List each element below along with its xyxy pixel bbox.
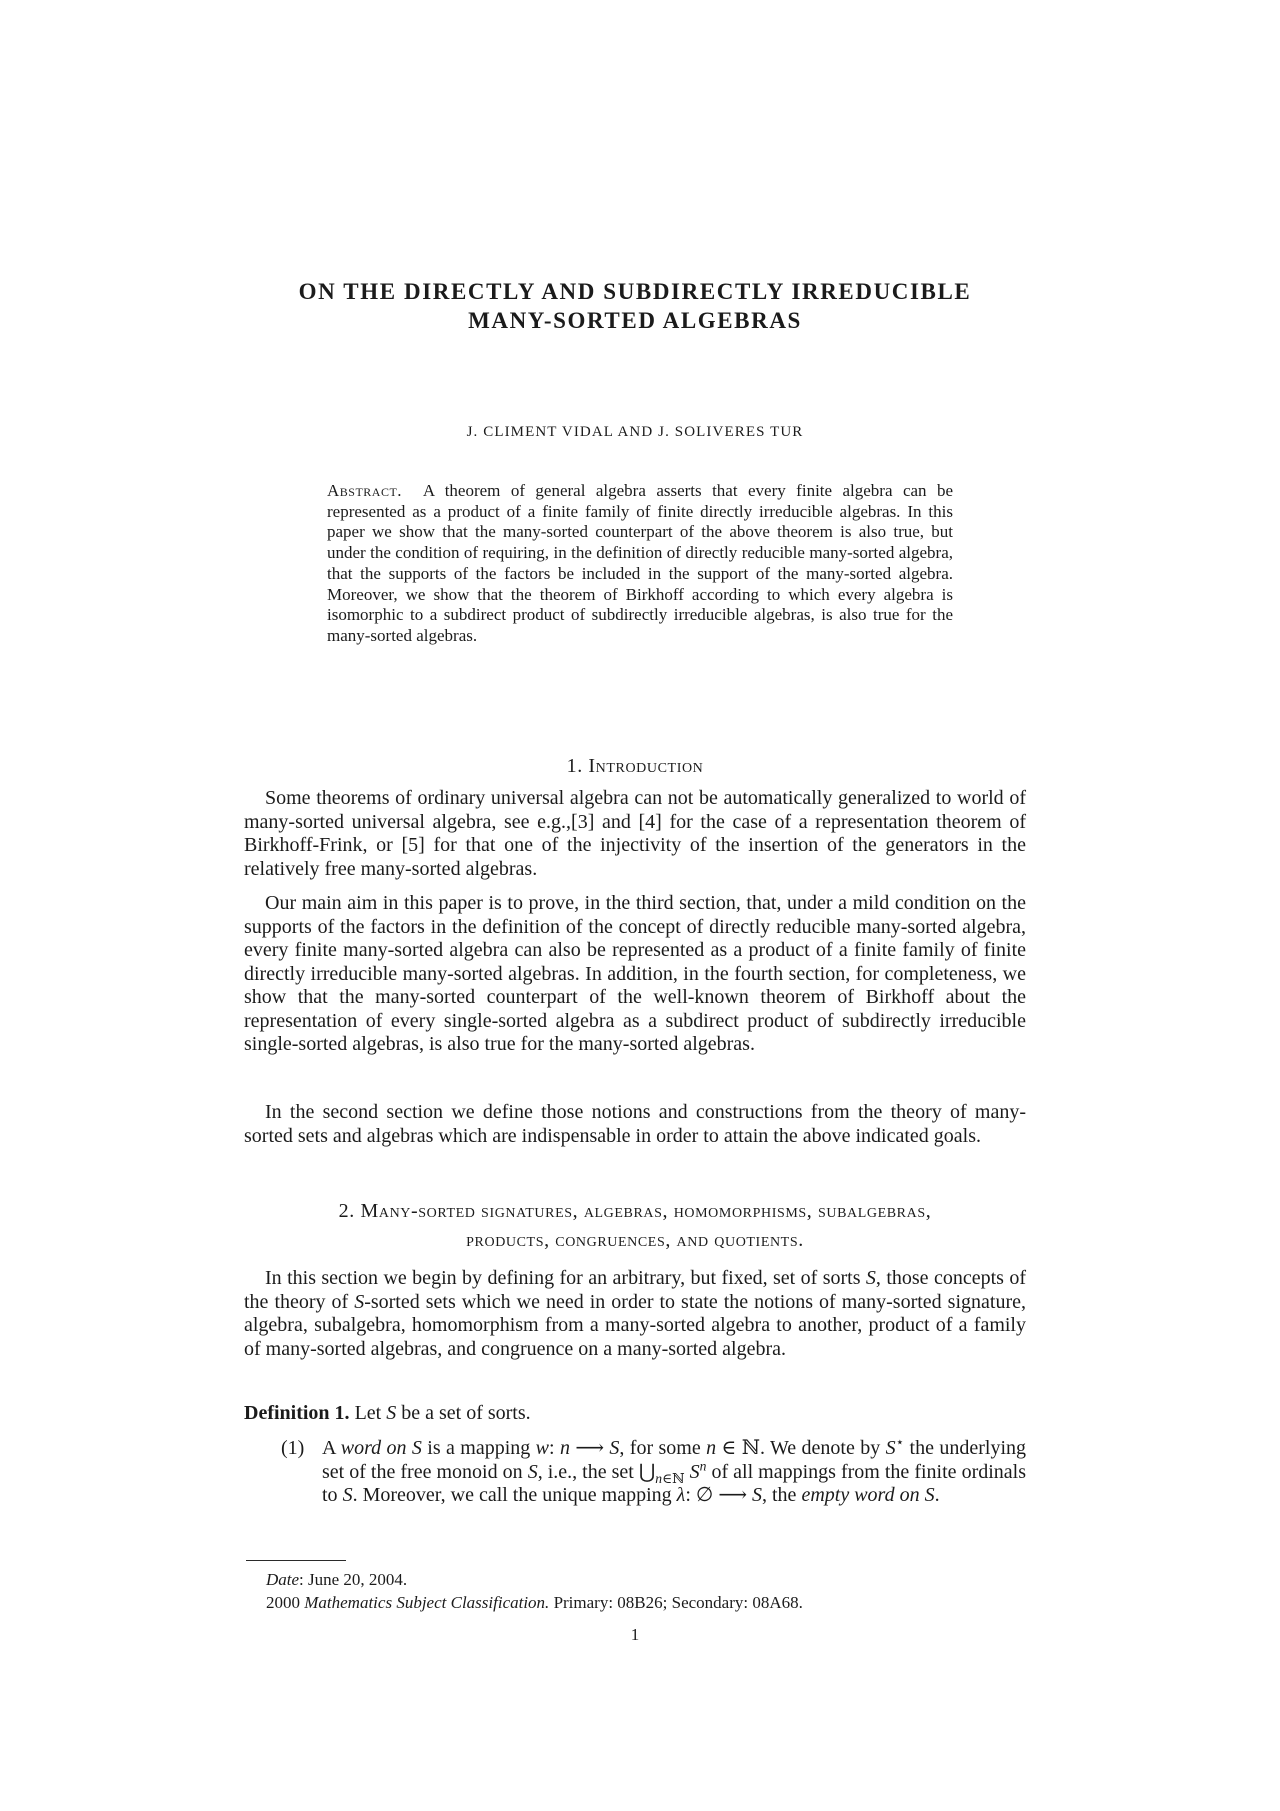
section-2-paragraph: In this section we begin by defining for… [244, 1267, 1026, 1361]
date-label: Date [266, 1570, 299, 1589]
msc-classification: Mathematics Subject Classification. [304, 1593, 549, 1612]
msc-line: 2000 Mathematics Subject Classification.… [244, 1591, 1026, 1614]
abstract-text: A theorem of general algebra asserts tha… [327, 481, 953, 645]
list-item-text: A word on S is a mapping w: n ⟶ S, for s… [322, 1437, 1026, 1506]
abstract-block: Abstract. A theorem of general algebra a… [327, 481, 953, 647]
definition-1-item-1: (1)A word on S is a mapping w: n ⟶ S, fo… [244, 1437, 1026, 1508]
msc-prefix: 2000 [266, 1593, 304, 1612]
authors-line: J. CLIMENT VIDAL AND J. SOLIVERES TUR [244, 424, 1026, 441]
msc-codes: Primary: 08B26; Secondary: 08A68. [549, 1593, 803, 1612]
definition-1-label: Definition 1. [244, 1402, 350, 1424]
footnotes-block: Date: June 20, 2004. 2000 Mathematics Su… [244, 1568, 1026, 1614]
date-value: : June 20, 2004. [299, 1570, 407, 1589]
definition-1-text: Let S be a set of sorts. [355, 1402, 531, 1424]
paper-title-line2: MANY-SORTED ALGEBRAS [244, 306, 1026, 335]
section-2-heading-line1: 2. Many-sorted signatures, algebras, hom… [244, 1197, 1026, 1226]
intro-paragraph-1: Some theorems of ordinary universal alge… [244, 787, 1026, 881]
intro-paragraph-3: In the second section we define those no… [244, 1101, 1026, 1148]
section-2-heading: 2. Many-sorted signatures, algebras, hom… [244, 1197, 1026, 1255]
paper-title: ON THE DIRECTLY AND SUBDIRECTLY IRREDUCI… [244, 277, 1026, 335]
date-line: Date: June 20, 2004. [244, 1568, 1026, 1591]
section-2-heading-line2: products, congruences, and quotients. [244, 1226, 1026, 1255]
list-item-number: (1) [281, 1437, 304, 1461]
abstract-label: Abstract. [327, 481, 402, 500]
section-1-heading: 1. Introduction [244, 752, 1026, 781]
footnote-rule [246, 1560, 346, 1561]
intro-paragraph-2: Our main aim in this paper is to prove, … [244, 892, 1026, 1057]
document-page: ON THE DIRECTLY AND SUBDIRECTLY IRREDUCI… [0, 0, 1280, 1811]
paper-title-line1: ON THE DIRECTLY AND SUBDIRECTLY IRREDUCI… [244, 277, 1026, 306]
definition-1: Definition 1. Let S be a set of sorts. [244, 1402, 1026, 1426]
page-number: 1 [244, 1625, 1026, 1645]
